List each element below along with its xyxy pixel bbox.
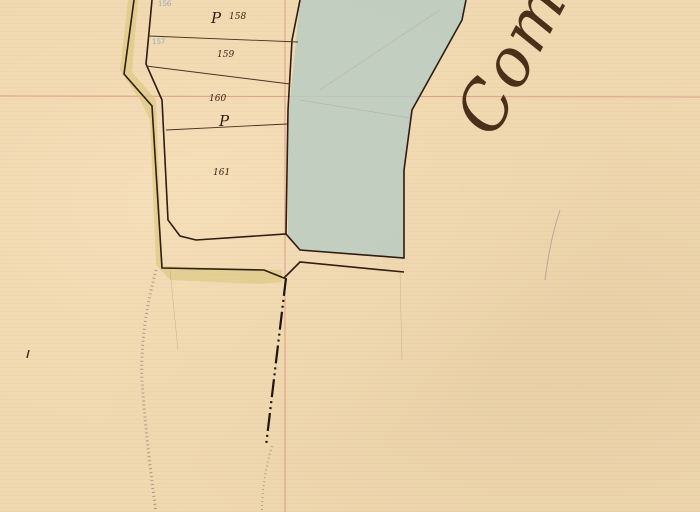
parcel-divider-159-160 (146, 66, 290, 84)
pencil-boundary (142, 270, 156, 512)
dashed-boundary (266, 278, 286, 446)
parcel-mark-158: P (211, 9, 221, 27)
ink-speck (27, 350, 29, 358)
parcel-label-160: 160 (209, 94, 226, 104)
parcel-label-158: 158 (229, 12, 246, 22)
parcel-divider-157-158 (149, 36, 298, 42)
parcel-label-157: 157 (152, 38, 165, 46)
parcel-mark-160: P (219, 112, 229, 130)
water-body (288, 0, 465, 258)
parcel-label-159: 159 (217, 50, 234, 60)
road-wash (120, 0, 282, 284)
parcel-label-161: 161 (213, 168, 230, 178)
map-linework (0, 0, 700, 512)
cadastral-map: 156 157 P 158 159 160 P 161 Com (0, 0, 700, 512)
parcel-label-156: 156 (158, 0, 171, 8)
